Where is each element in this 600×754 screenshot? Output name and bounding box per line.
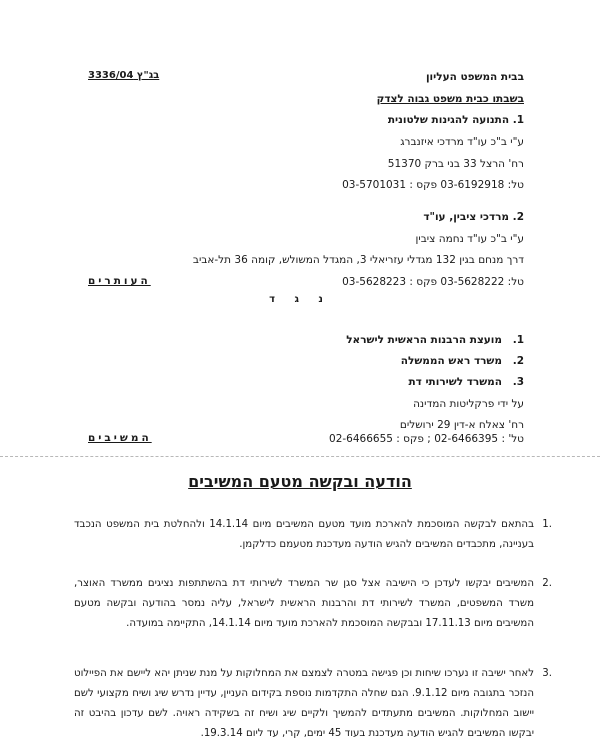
- paragraph-3: לאחר ישיבה זו נערכו שיחות וכן פגישה במטר…: [74, 664, 534, 744]
- page-break-divider: [0, 456, 600, 457]
- petitioner-1-address: רח' הרצל 33 בני ברק 51370: [388, 157, 524, 171]
- court-name: בבית המשפט העליון: [426, 70, 524, 84]
- respondent-2: 2. משרד ראש הממשלה: [401, 354, 524, 368]
- paragraph-1: בהתאם לבקשה המוסכמת להארכת מועד מטעם המש…: [74, 515, 534, 555]
- petitioner-2-name: 2. מרדכי ציבין, עו"ד: [423, 210, 524, 224]
- petitioners-label: העותרים: [88, 275, 151, 287]
- petitioner-1-counsel: ע"י ב"כ עו"ד מרדכי איזנברג: [400, 135, 524, 149]
- respondent-2-name: משרד ראש הממשלה: [401, 354, 502, 368]
- petitioner-1-contact: טל: 03-6192918 פקס : 03-5701031: [342, 178, 524, 192]
- respondents-address: רח' צאלח א-דין 29 ירושלים: [400, 418, 524, 432]
- paragraph-3-number: 3.: [532, 664, 552, 684]
- respondent-3-name: המשרד לשירותי דת: [408, 375, 502, 389]
- petitioner-2-address: דרך מנחם בגין 132 מגדלי עזריאלי 3, המגדל…: [193, 253, 524, 267]
- respondent-1-name: מועצת הרבנות הראשית לישראל: [346, 333, 502, 347]
- legal-document-page: בבית המשפט העליון בג"ץ 3336/04 בשבתו כבי…: [0, 0, 600, 754]
- petitioner-1-name: 1. התנועה להגינות שלטונית: [388, 113, 524, 127]
- paragraph-1-number: 1.: [532, 515, 552, 535]
- versus-label: נ ג ד: [0, 294, 600, 305]
- respondent-1: 1. מועצת הרבנות הראשית לישראל: [346, 333, 524, 347]
- respondent-3-number: 3.: [512, 375, 524, 389]
- respondent-1-number: 1.: [512, 333, 524, 347]
- case-number: בג"ץ 3336/04: [88, 70, 159, 81]
- respondents-counsel: על ידי פרקליטות המדינה: [413, 397, 524, 411]
- court-capacity: בשבתו כבית משפט גבוה לצדק: [377, 92, 524, 106]
- paragraph-2: המשיבים יבקשו לעדכן כי הישיבה אצל סגן שר…: [74, 574, 534, 634]
- respondent-2-number: 2.: [512, 354, 524, 368]
- paragraph-2-number: 2.: [532, 574, 552, 594]
- petitioner-2-contact: טל: 03-5628222 פקס : 03-5628223: [342, 275, 524, 289]
- petitioner-2-counsel: ע"י ב"כ עו"ד נחמה ציבין: [416, 232, 524, 246]
- respondent-3: 3. המשרד לשירותי דת: [408, 375, 524, 389]
- document-title: הודעה ובקשה מטעם המשיבים: [0, 472, 600, 491]
- respondents-contact: טל' : 02-6466395 ; פקס : 02-6466655: [329, 432, 524, 446]
- respondents-label: המשיבים: [88, 432, 152, 444]
